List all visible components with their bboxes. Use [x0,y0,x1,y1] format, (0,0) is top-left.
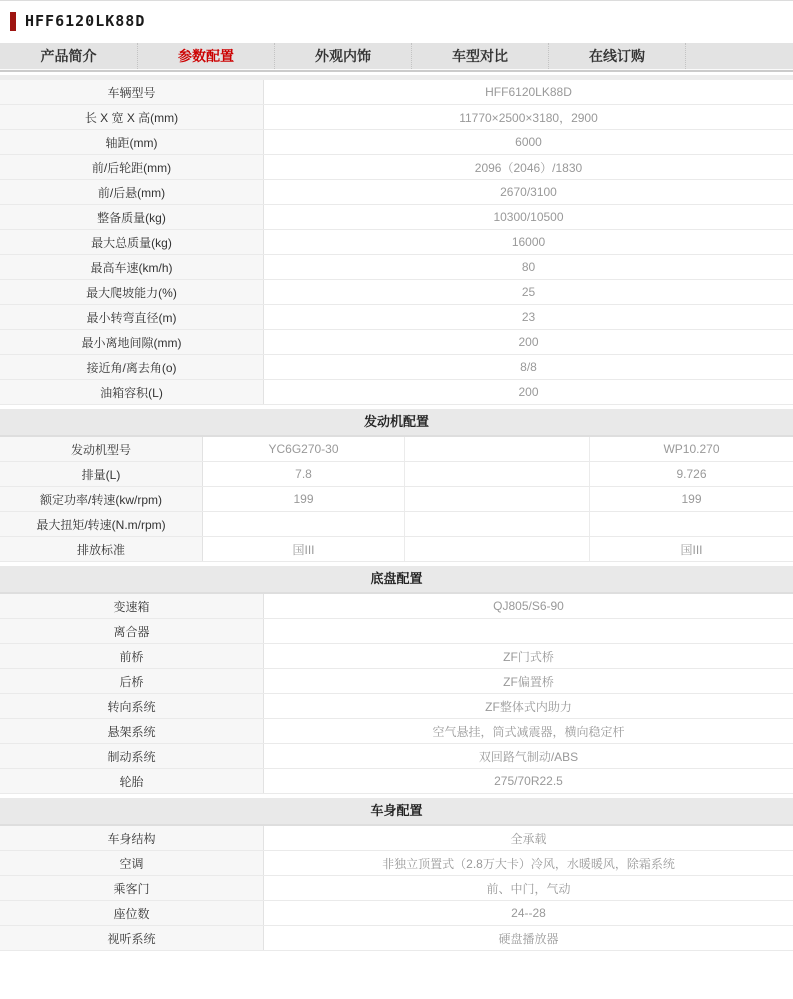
spec-value-cell: 硬盘播放器 [264,926,793,950]
spec-page: HFF6120LK88D 产品简介参数配置外观内饰车型对比在线订购 车辆型号HF… [0,0,793,999]
spec-label-cell: 发动机型号 [0,437,203,461]
spec-value-cell: ZF整体式内助力 [264,694,793,718]
table-row: 长 X 宽 X 高(mm)11770×2500×3180，2900 [0,105,793,130]
page-title: HFF6120LK88D [10,9,793,33]
spec-tables: 车辆型号HFF6120LK88D长 X 宽 X 高(mm)11770×2500×… [0,80,793,951]
spec-label-cell: 转向系统 [0,694,264,718]
spec-value-cell: 275/70R22.5 [264,769,793,793]
spec-label-cell: 最大总质量(kg) [0,230,264,254]
spec-value-cell: YC6G270-30 [203,437,405,461]
spec-value-cell: 9.726 [590,462,793,486]
table-row: 制动系统双回路气制动/ABS [0,744,793,769]
spec-label-cell: 轮胎 [0,769,264,793]
spec-value-cell [405,437,590,461]
table-row: 乘客门前、中门，气动 [0,876,793,901]
spec-value-cell: 199 [203,487,405,511]
spec-value-cell: 6000 [264,130,793,154]
spec-value-cell: 7.8 [203,462,405,486]
spec-label-cell: 视听系统 [0,926,264,950]
table-row: 座位数24--28 [0,901,793,926]
table-row: 发动机型号YC6G270-30WP10.270 [0,437,793,462]
spec-label-cell: 最大爬坡能力(%) [0,280,264,304]
section-header: 发动机配置 [0,409,793,437]
spec-label-cell: 长 X 宽 X 高(mm) [0,105,264,129]
spec-value-cell [405,462,590,486]
table-row: 视听系统硬盘播放器 [0,926,793,951]
model-title: HFF6120LK88D [25,12,145,30]
spec-label-cell: 接近角/离去角(o) [0,355,264,379]
spec-value-cell: 国III [203,537,405,561]
table-row: 接近角/离去角(o)8/8 [0,355,793,380]
table-row: 排量(L)7.89.726 [0,462,793,487]
spec-label-cell: 最高车速(km/h) [0,255,264,279]
spec-value-cell: 25 [264,280,793,304]
spec-label-cell: 悬架系统 [0,719,264,743]
spec-value-cell [405,512,590,536]
table-row: 前桥ZF门式桥 [0,644,793,669]
section-header: 底盘配置 [0,566,793,594]
spec-value-cell: 199 [590,487,793,511]
spec-label-cell: 排放标准 [0,537,203,561]
table-row: 最高车速(km/h)80 [0,255,793,280]
table-row: 前/后轮距(mm)2096（2046）/1830 [0,155,793,180]
spec-label-cell: 最小离地间隙(mm) [0,330,264,354]
table-row: 后桥ZF偏置桥 [0,669,793,694]
spec-value-cell: 2096（2046）/1830 [264,155,793,179]
spec-value-cell: 双回路气制动/ABS [264,744,793,768]
table-row: 车身结构全承载 [0,826,793,851]
spec-value-cell: 国III [590,537,793,561]
spec-value-cell: 2670/3100 [264,180,793,204]
table-row: 转向系统ZF整体式内助力 [0,694,793,719]
spec-value-cell: 8/8 [264,355,793,379]
tab-specs[interactable]: 参数配置 [137,43,274,69]
spec-label-cell: 油箱容积(L) [0,380,264,404]
spec-value-cell: 全承载 [264,826,793,850]
table-row: 排放标准国III国III [0,537,793,562]
tab-online-order[interactable]: 在线订购 [548,43,685,69]
table-row: 悬架系统空气悬挂，筒式减震器，横向稳定杆 [0,719,793,744]
spec-label-cell: 车身结构 [0,826,264,850]
spec-label-cell: 前/后轮距(mm) [0,155,264,179]
spec-label-cell: 排量(L) [0,462,203,486]
spec-value-cell [405,537,590,561]
spec-label-cell: 后桥 [0,669,264,693]
table-row: 变速箱QJ805/S6-90 [0,594,793,619]
spec-label-cell: 前桥 [0,644,264,668]
table-row: 最小转弯直径(m)23 [0,305,793,330]
tab-bar: 产品简介参数配置外观内饰车型对比在线订购 [0,43,793,70]
spec-value-cell: ZF偏置桥 [264,669,793,693]
spec-label-cell: 变速箱 [0,594,264,618]
table-row: 额定功率/转速(kw/rpm)199199 [0,487,793,512]
table-row: 轮胎275/70R22.5 [0,769,793,794]
spec-label-cell: 整备质量(kg) [0,205,264,229]
spec-value-cell: 200 [264,330,793,354]
spec-value-cell: 23 [264,305,793,329]
spec-label-cell: 乘客门 [0,876,264,900]
tab-model-compare[interactable]: 车型对比 [411,43,548,69]
spec-value-cell: QJ805/S6-90 [264,594,793,618]
spec-value-cell: 非独立顶置式（2.8万大卡）冷风，水暖暖风，除霜系统 [264,851,793,875]
table-row: 最大扭矩/转速(N.m/rpm) [0,512,793,537]
table-row: 轴距(mm)6000 [0,130,793,155]
spec-label-cell: 最大扭矩/转速(N.m/rpm) [0,512,203,536]
spec-value-cell: ZF门式桥 [264,644,793,668]
spec-value-cell [264,619,793,643]
spec-label-cell: 前/后悬(mm) [0,180,264,204]
spec-value-cell: 空气悬挂，筒式减震器，横向稳定杆 [264,719,793,743]
tab-exterior-interior[interactable]: 外观内饰 [274,43,411,69]
table-row: 车辆型号HFF6120LK88D [0,80,793,105]
spec-value-cell: 16000 [264,230,793,254]
spec-value-cell: 200 [264,380,793,404]
tab-product-intro[interactable]: 产品简介 [0,43,137,69]
spec-label-cell: 最小转弯直径(m) [0,305,264,329]
spec-value-cell [590,512,793,536]
spec-value-cell: 10300/10500 [264,205,793,229]
spec-label-cell: 空调 [0,851,264,875]
spec-value-cell [203,512,405,536]
table-row: 最小离地间隙(mm)200 [0,330,793,355]
table-row: 整备质量(kg)10300/10500 [0,205,793,230]
table-row: 前/后悬(mm)2670/3100 [0,180,793,205]
spec-label-cell: 车辆型号 [0,80,264,104]
table-row: 油箱容积(L)200 [0,380,793,405]
spec-label-cell: 座位数 [0,901,264,925]
spec-value-cell: 24--28 [264,901,793,925]
table-row: 最大总质量(kg)16000 [0,230,793,255]
spec-value-cell [405,487,590,511]
section-header: 车身配置 [0,798,793,826]
spec-value-cell: 11770×2500×3180，2900 [264,105,793,129]
spec-label-cell: 额定功率/转速(kw/rpm) [0,487,203,511]
spec-label-cell: 制动系统 [0,744,264,768]
table-row: 离合器 [0,619,793,644]
table-row: 最大爬坡能力(%)25 [0,280,793,305]
spec-value-cell: 前、中门，气动 [264,876,793,900]
tab-bar-filler [685,43,793,69]
title-accent-bar [10,12,16,31]
spec-value-cell: 80 [264,255,793,279]
spec-value-cell: WP10.270 [590,437,793,461]
spec-label-cell: 轴距(mm) [0,130,264,154]
table-row: 空调非独立顶置式（2.8万大卡）冷风，水暖暖风，除霜系统 [0,851,793,876]
spec-label-cell: 离合器 [0,619,264,643]
spec-value-cell: HFF6120LK88D [264,80,793,104]
